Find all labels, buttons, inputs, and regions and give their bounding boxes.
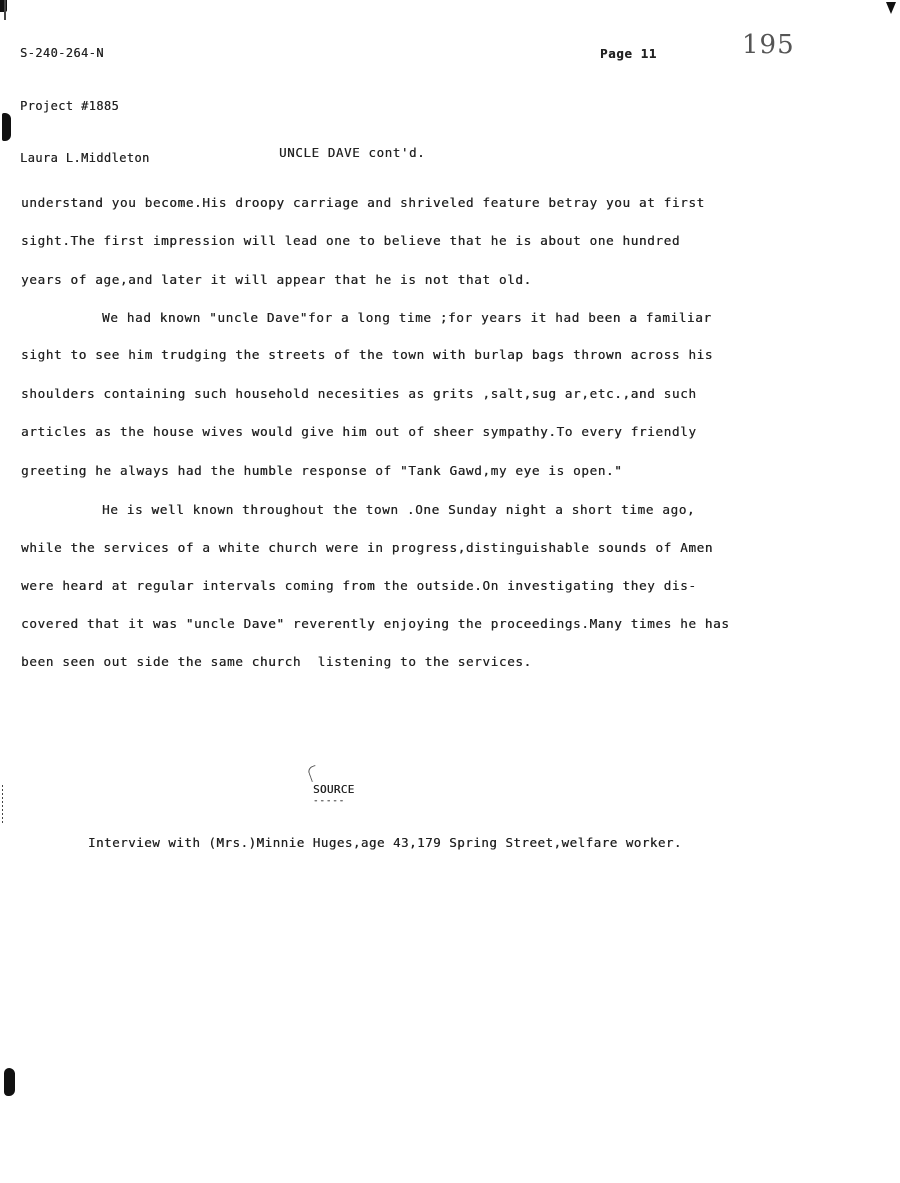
source-heading: SOURCE (313, 783, 355, 796)
punch-hole-shadow (2, 113, 11, 141)
body-line: We had known "uncle Dave"for a long time… (102, 310, 712, 325)
stamped-page-number: 195 (742, 30, 795, 60)
punch-hole-shadow (4, 1068, 15, 1096)
body-line: sight.The first impression will lead one… (21, 233, 680, 248)
body-line: He is well known throughout the town .On… (102, 502, 695, 517)
body-line: sight to see him trudging the streets of… (21, 347, 713, 362)
body-line: shoulders containing such household nece… (21, 386, 697, 401)
section-title: UNCLE DAVE cont'd. (279, 145, 425, 160)
body-line: years of age,and later it will appear th… (21, 272, 532, 287)
body-line: articles as the house wives would give h… (21, 424, 697, 439)
body-line: greeting he always had the humble respon… (21, 463, 622, 478)
scan-blot (886, 2, 896, 14)
reference-block: S-240-264-N Project #1885 Laura L.Middle… (20, 10, 150, 185)
reference-code: S-240-264-N (20, 45, 150, 63)
author-name: Laura L.Middleton (20, 150, 150, 168)
scan-mark (4, 0, 6, 20)
pencil-mark (307, 765, 321, 782)
edge-mark (2, 785, 3, 825)
body-line: while the services of a white church wer… (21, 540, 713, 555)
project-number: Project #1885 (20, 98, 150, 116)
body-line: been seen out side the same church liste… (21, 654, 532, 669)
source-underline: ----- (313, 796, 345, 806)
body-line: understand you become.His droopy carriag… (21, 195, 705, 210)
body-line: were heard at regular intervals coming f… (21, 578, 697, 593)
body-line: covered that it was "uncle Dave" reveren… (21, 616, 730, 631)
page-label: Page 11 (600, 46, 657, 61)
source-citation: Interview with (Mrs.)Minnie Huges,age 43… (88, 835, 682, 850)
